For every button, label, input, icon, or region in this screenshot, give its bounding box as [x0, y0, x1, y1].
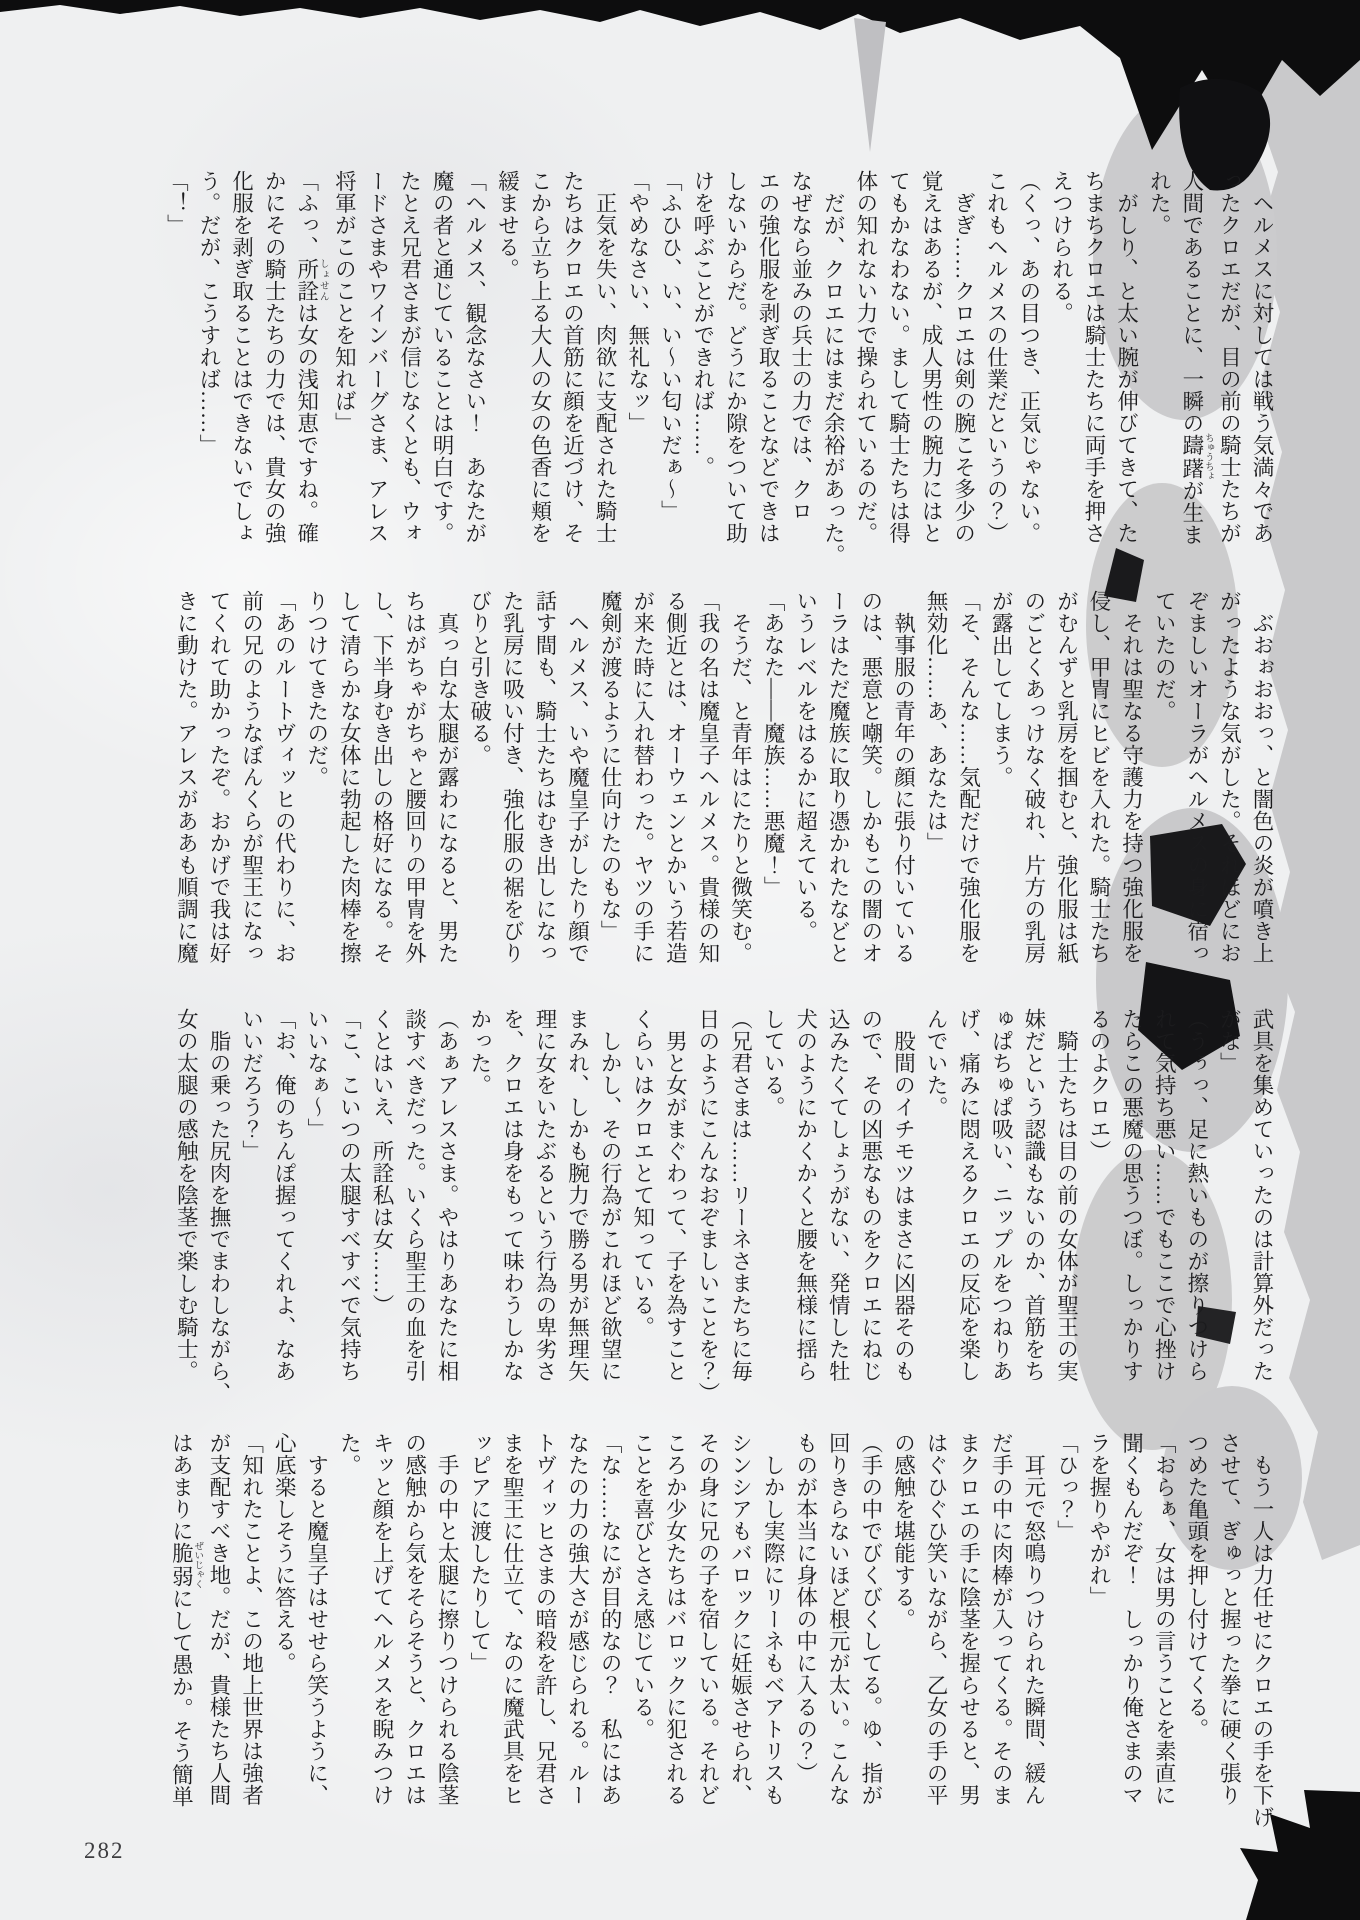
text-column: きに動けた。アレスがああも順調に魔 — [170, 590, 203, 972]
text-column: （兄君さまは……リーネさまたちに毎 — [724, 1008, 757, 1390]
text-column: 「お、俺のちんぽ握ってくれよ、なあ — [268, 1008, 301, 1390]
text-column: たらこの悪魔の思うつぼ。しっかりす — [1115, 1008, 1148, 1390]
text-column: の感触から気をそらそうと、クロエは — [398, 1432, 431, 1814]
text-column: 侵し、甲冑にヒビを入れた。騎士たち — [1082, 590, 1115, 972]
text-column: 「ひっ？」 — [1050, 1432, 1083, 1814]
text-column: ぶおぉおおっ、と闇色の炎が噴き上 — [1245, 590, 1278, 972]
text-column: 真っ白な太腿が露わになると、男た — [431, 590, 464, 972]
text-column: が支配すべき地。だが、貴様たち人間 — [202, 1432, 235, 1814]
text-column: まを聖王に仕立て、なのに魔武具をヒ — [496, 1432, 529, 1814]
text-column: くらいはクロエとて知っている。 — [626, 1008, 659, 1390]
text-column: びりと引き破る。 — [463, 590, 496, 972]
text-column: （うぅっ、足に熱いものが擦りつけら — [1180, 1008, 1213, 1390]
text-column: している。 — [757, 1008, 790, 1390]
text-column: だが、クロエにはまだ余裕があった。 — [817, 170, 850, 552]
text-column: なたの力の強大さが感じられる。ルー — [561, 1432, 594, 1814]
text-column: んでいた。 — [919, 1008, 952, 1390]
text-column: させて、ぎゅっと握った拳に硬く張り — [1213, 1432, 1246, 1814]
text-column: 「！」 — [160, 170, 193, 552]
text-column: りつけてきたのだ。 — [300, 590, 333, 972]
grunge-top-edge — [0, 0, 1360, 150]
text-column: 無効化……あ、あなたは」 — [919, 590, 952, 972]
text-column: かにその騎士たちの力では、貴女の強 — [258, 170, 291, 552]
text-column: 「こ、こいつの太腿すべすべで気持ち — [333, 1008, 366, 1390]
text-column: 股間のイチモツはまさに凶器そのも — [887, 1008, 920, 1390]
text-column: （くっ、あの目つき、正気じゃない。 — [1012, 170, 1045, 552]
text-column: 女の太腿の感触を陰茎で楽しむ騎士。 — [170, 1008, 203, 1390]
page-number: 282 — [84, 1838, 125, 1864]
text-column: 手の中と太腿に擦りつけられる陰茎 — [431, 1432, 464, 1814]
text-column: これもヘルメスの仕業だというの？） — [980, 170, 1013, 552]
text-column: ッピアに渡したりして」 — [463, 1432, 496, 1814]
text-column: 込みたくてしょうがない、発情した牡 — [822, 1008, 855, 1390]
text-band: ぶおぉおおっ、と闇色の炎が噴き上がったような気がした。それほどにおぞましいオーラ… — [170, 590, 1278, 972]
text-column: キッと顔を上げてヘルメスを睨みつけ — [365, 1432, 398, 1814]
text-column: てもかなわない。まして騎士たちは得 — [882, 170, 915, 552]
text-column: すると魔皇子はせせら笑うように、 — [300, 1432, 333, 1814]
text-column: 談すべきだった。いくら聖王の血を引 — [398, 1008, 431, 1390]
text-column: （手の中でびくびくしてる。ゆ、指が — [854, 1432, 887, 1814]
text-column: 「ふひひ、い、い～い匂いだぁ～」 — [654, 170, 687, 552]
text-band: もう一人は力任せにクロエの手を下げさせて、ぎゅっと握った拳に硬く張りつめた亀頭を… — [170, 1432, 1278, 1814]
text-column: つめた亀頭を押し付けてくる。 — [1180, 1432, 1213, 1814]
text-column: ぎぎ……クロエは剣の腕こそ多少の — [947, 170, 980, 552]
text-column: れた。 — [1143, 170, 1176, 552]
text-column: 魔剣が渡るように仕向けたのもな」 — [594, 590, 627, 972]
text-column: たとえ兄君さまが信じなくとも、ウォ — [393, 170, 426, 552]
text-column: ったクロエだが、目の前の騎士たちが — [1213, 170, 1246, 552]
text-column: 「やめなさい、無礼なッ」 — [621, 170, 654, 552]
text-column: ちはがちゃがちゃと腰回りの甲冑を外 — [398, 590, 431, 972]
text-column: を、クロエは身をもって味わうしかな — [496, 1008, 529, 1390]
text-column: 前の兄のようなぼんくらが聖王になっ — [235, 590, 268, 972]
text-column: し、下半身むき出しの格好になる。そ — [365, 590, 398, 972]
text-column: ラを握りやがれ」 — [1082, 1432, 1115, 1814]
text-column: はあまりに脆弱ぜいじゃくにして愚か。そう簡単 — [165, 1432, 203, 1814]
text-column: トヴィッヒさまの暗殺を許し、兄君さ — [528, 1432, 561, 1814]
text-column: ーラはただ魔族に取り憑かれたなどと — [822, 590, 855, 972]
text-column: てくれて助かったぞ。おかげで我は好 — [202, 590, 235, 972]
text-column: ていたのだ。 — [1148, 590, 1181, 972]
text-column: 心底楽しそうに答える。 — [268, 1432, 301, 1814]
text-column: う。だが、こうすれば……」 — [192, 170, 225, 552]
text-column: 男と女がまぐわって、子を為すこと — [659, 1008, 692, 1390]
text-column: ヘルメス、いや魔皇子がしたり顔で — [561, 590, 594, 972]
text-column: たちはクロエの首筋に顔を近づけ、そ — [556, 170, 589, 552]
text-column: いいなぁ～」 — [300, 1008, 333, 1390]
text-column: れて気持ち悪い……でもここで心挫け — [1148, 1008, 1181, 1390]
text-column: けを呼ぶことができれば……。 — [686, 170, 719, 552]
text-column: 聞くもんだぞ！ しっかり俺さまのマ — [1115, 1432, 1148, 1814]
text-column: 「な……なにが目的なの？ 私にはあ — [594, 1432, 627, 1814]
text-column: 人間であることに、一瞬の躊躇ちゅうちょが生ま — [1175, 170, 1213, 552]
text-column: いいだろう？」 — [235, 1008, 268, 1390]
text-column: ゅぱちゅぱ吸い、ニップルをつねりあ — [985, 1008, 1018, 1390]
text-column: 執事服の青年の顔に張り付いている — [887, 590, 920, 972]
text-column: しかし実際にリーネもベアトリスも — [757, 1432, 790, 1814]
text-column: まクロエの手に陰茎を握らせると、男 — [952, 1432, 985, 1814]
text-column: 耳元で怒鳴りつけられた瞬間、緩ん — [1017, 1432, 1050, 1814]
text-column: 話す間も、騎士たちはむき出しになっ — [528, 590, 561, 972]
text-column: 「我の名は魔皇子ヘルメス。貴様の知 — [691, 590, 724, 972]
text-column: のごとくあっけなく破れ、片方の乳房 — [1017, 590, 1050, 972]
text-column: 「ふっ、所詮しょせんは女の浅知恵ですね。確 — [290, 170, 328, 552]
text-column: して清らかな女体に勃起した肉棒を擦 — [333, 590, 366, 972]
text-column: 魔の者と通じていることは明白です。 — [426, 170, 459, 552]
text-column: （あぁアレスさま。やはりあなたに相 — [431, 1008, 464, 1390]
text-band: ヘルメスに対しては戦う気満々であったクロエだが、目の前の騎士たちが人間であること… — [170, 170, 1278, 552]
text-column: しかし、その行為がこれほど欲望に — [594, 1008, 627, 1390]
text-column: 「あなた――魔族……悪魔！」 — [757, 590, 790, 972]
text-column: 「あのルートヴィッヒの代わりに、お — [268, 590, 301, 972]
text-column: なぜなら並みの兵士の力では、クロ — [784, 170, 817, 552]
text-column: 脂の乗った尻肉を撫でまわしながら、 — [202, 1008, 235, 1390]
text-column: まみれ、しかも腕力で勝る男が無理矢 — [561, 1008, 594, 1390]
text-column: がな」 — [1213, 1008, 1246, 1390]
text-column: 覚えはあるが、成人男性の腕力にはと — [914, 170, 947, 552]
text-column: る側近とは、オーウェンとかいう若造 — [659, 590, 692, 972]
text-column: が露出してしまう。 — [985, 590, 1018, 972]
text-column: くとはいえ、所詮私は女……） — [365, 1008, 398, 1390]
text-column: 「知れたことよ、この地上世界は強者 — [235, 1432, 268, 1814]
text-column: ころか少女たちはバロックに犯される — [659, 1432, 692, 1814]
text-column: がしり、と太い腕が伸びてきて、た — [1110, 170, 1143, 552]
text-column: 将軍がこのことを知れば」 — [328, 170, 361, 552]
text-column: だ手の中に肉棒が入ってくる。そのま — [985, 1432, 1018, 1814]
text-column: かった。 — [463, 1008, 496, 1390]
text-column: そうだ、と青年はにたりと微笑む。 — [724, 590, 757, 972]
text-column: 「おらぁ、女は男の言うことを素直に — [1148, 1432, 1181, 1814]
text-column: それは聖なる守護力を持つ強化服を — [1115, 590, 1148, 972]
text-column: げ、痛みに悶えるクロエの反応を楽し — [952, 1008, 985, 1390]
text-column: その身に兄の子を宿している。それど — [691, 1432, 724, 1814]
text-column: はぐひぐひ笑いながら、乙女の手の平 — [919, 1432, 952, 1814]
text-column: がったような気がした。それほどにお — [1213, 590, 1246, 972]
text-column: えつけられる。 — [1045, 170, 1078, 552]
text-column: 体の知れない力で操られているのだ。 — [849, 170, 882, 552]
text-column: ちまちクロエは騎士たちに両手を押さ — [1077, 170, 1110, 552]
text-column: 犬のようにかくかくと腰を無様に揺ら — [789, 1008, 822, 1390]
text-column: の感触を堪能する。 — [887, 1432, 920, 1814]
text-column: ので、その凶悪なものをクロエにねじ — [854, 1008, 887, 1390]
text-column: 正気を失い、肉欲に支配された騎士 — [589, 170, 622, 552]
text-column: ードさまやワインバーグさま、アレス — [360, 170, 393, 552]
text-column: 緩ませる。 — [491, 170, 524, 552]
text-column: エの強化服を剥ぎ取ることなどできは — [752, 170, 785, 552]
text-column: 回りきらないほど根元が太い。こんな — [822, 1432, 855, 1814]
text-column: ヘルメスに対しては戦う気満々であ — [1245, 170, 1278, 552]
text-column: のは、悪意と嘲笑。しかもこの闇のオ — [854, 590, 887, 972]
text-column: た乳房に吸い付き、強化服の裾をびり — [496, 590, 529, 972]
text-column: 日のようにこんなおぞましいことを？） — [691, 1008, 724, 1390]
text-column: ぞましいオーラがヘルメスの身に宿っ — [1180, 590, 1213, 972]
grunge-drip — [854, 18, 886, 152]
text-column: がむんずと乳房を掴むと、強化服は紙 — [1050, 590, 1083, 972]
text-column: た。 — [333, 1432, 366, 1814]
text-column: 理に女をいたぶるという行為の卑劣さ — [528, 1008, 561, 1390]
text-column: 化服を剥ぎ取ることはできないでしょ — [225, 170, 258, 552]
text-column: 騎士たちは目の前の女体が聖王の実 — [1050, 1008, 1083, 1390]
text-column: 「そ、そんな……気配だけで強化服を — [952, 590, 985, 972]
text-column: もう一人は力任せにクロエの手を下げ — [1245, 1432, 1278, 1814]
text-column: ことを喜びとさえ感じている。 — [626, 1432, 659, 1814]
text-column: 「ヘルメス、観念なさい！ あなたが — [458, 170, 491, 552]
text-column: シンシアもバロックに妊娠させられ、 — [724, 1432, 757, 1814]
text-column: 武具を集めていったのは計算外だった — [1245, 1008, 1278, 1390]
text-column: しないからだ。どうにか隙をついて助 — [719, 170, 752, 552]
text-column: るのよクロエ） — [1082, 1008, 1115, 1390]
text-column: 妹だという認識もないのか、首筋をち — [1017, 1008, 1050, 1390]
text-column: ものが本当に身体の中に入るの？） — [789, 1432, 822, 1814]
text-column: こから立ち上る大人の女の色香に頬を — [523, 170, 556, 552]
text-column: が来た時に入れ替わった。ヤツの手に — [626, 590, 659, 972]
text-column: いうレベルをはるかに超えている。 — [789, 590, 822, 972]
text-band: 武具を集めていったのは計算外だったがな」（うぅっ、足に熱いものが擦りつけられて気… — [170, 1008, 1278, 1390]
